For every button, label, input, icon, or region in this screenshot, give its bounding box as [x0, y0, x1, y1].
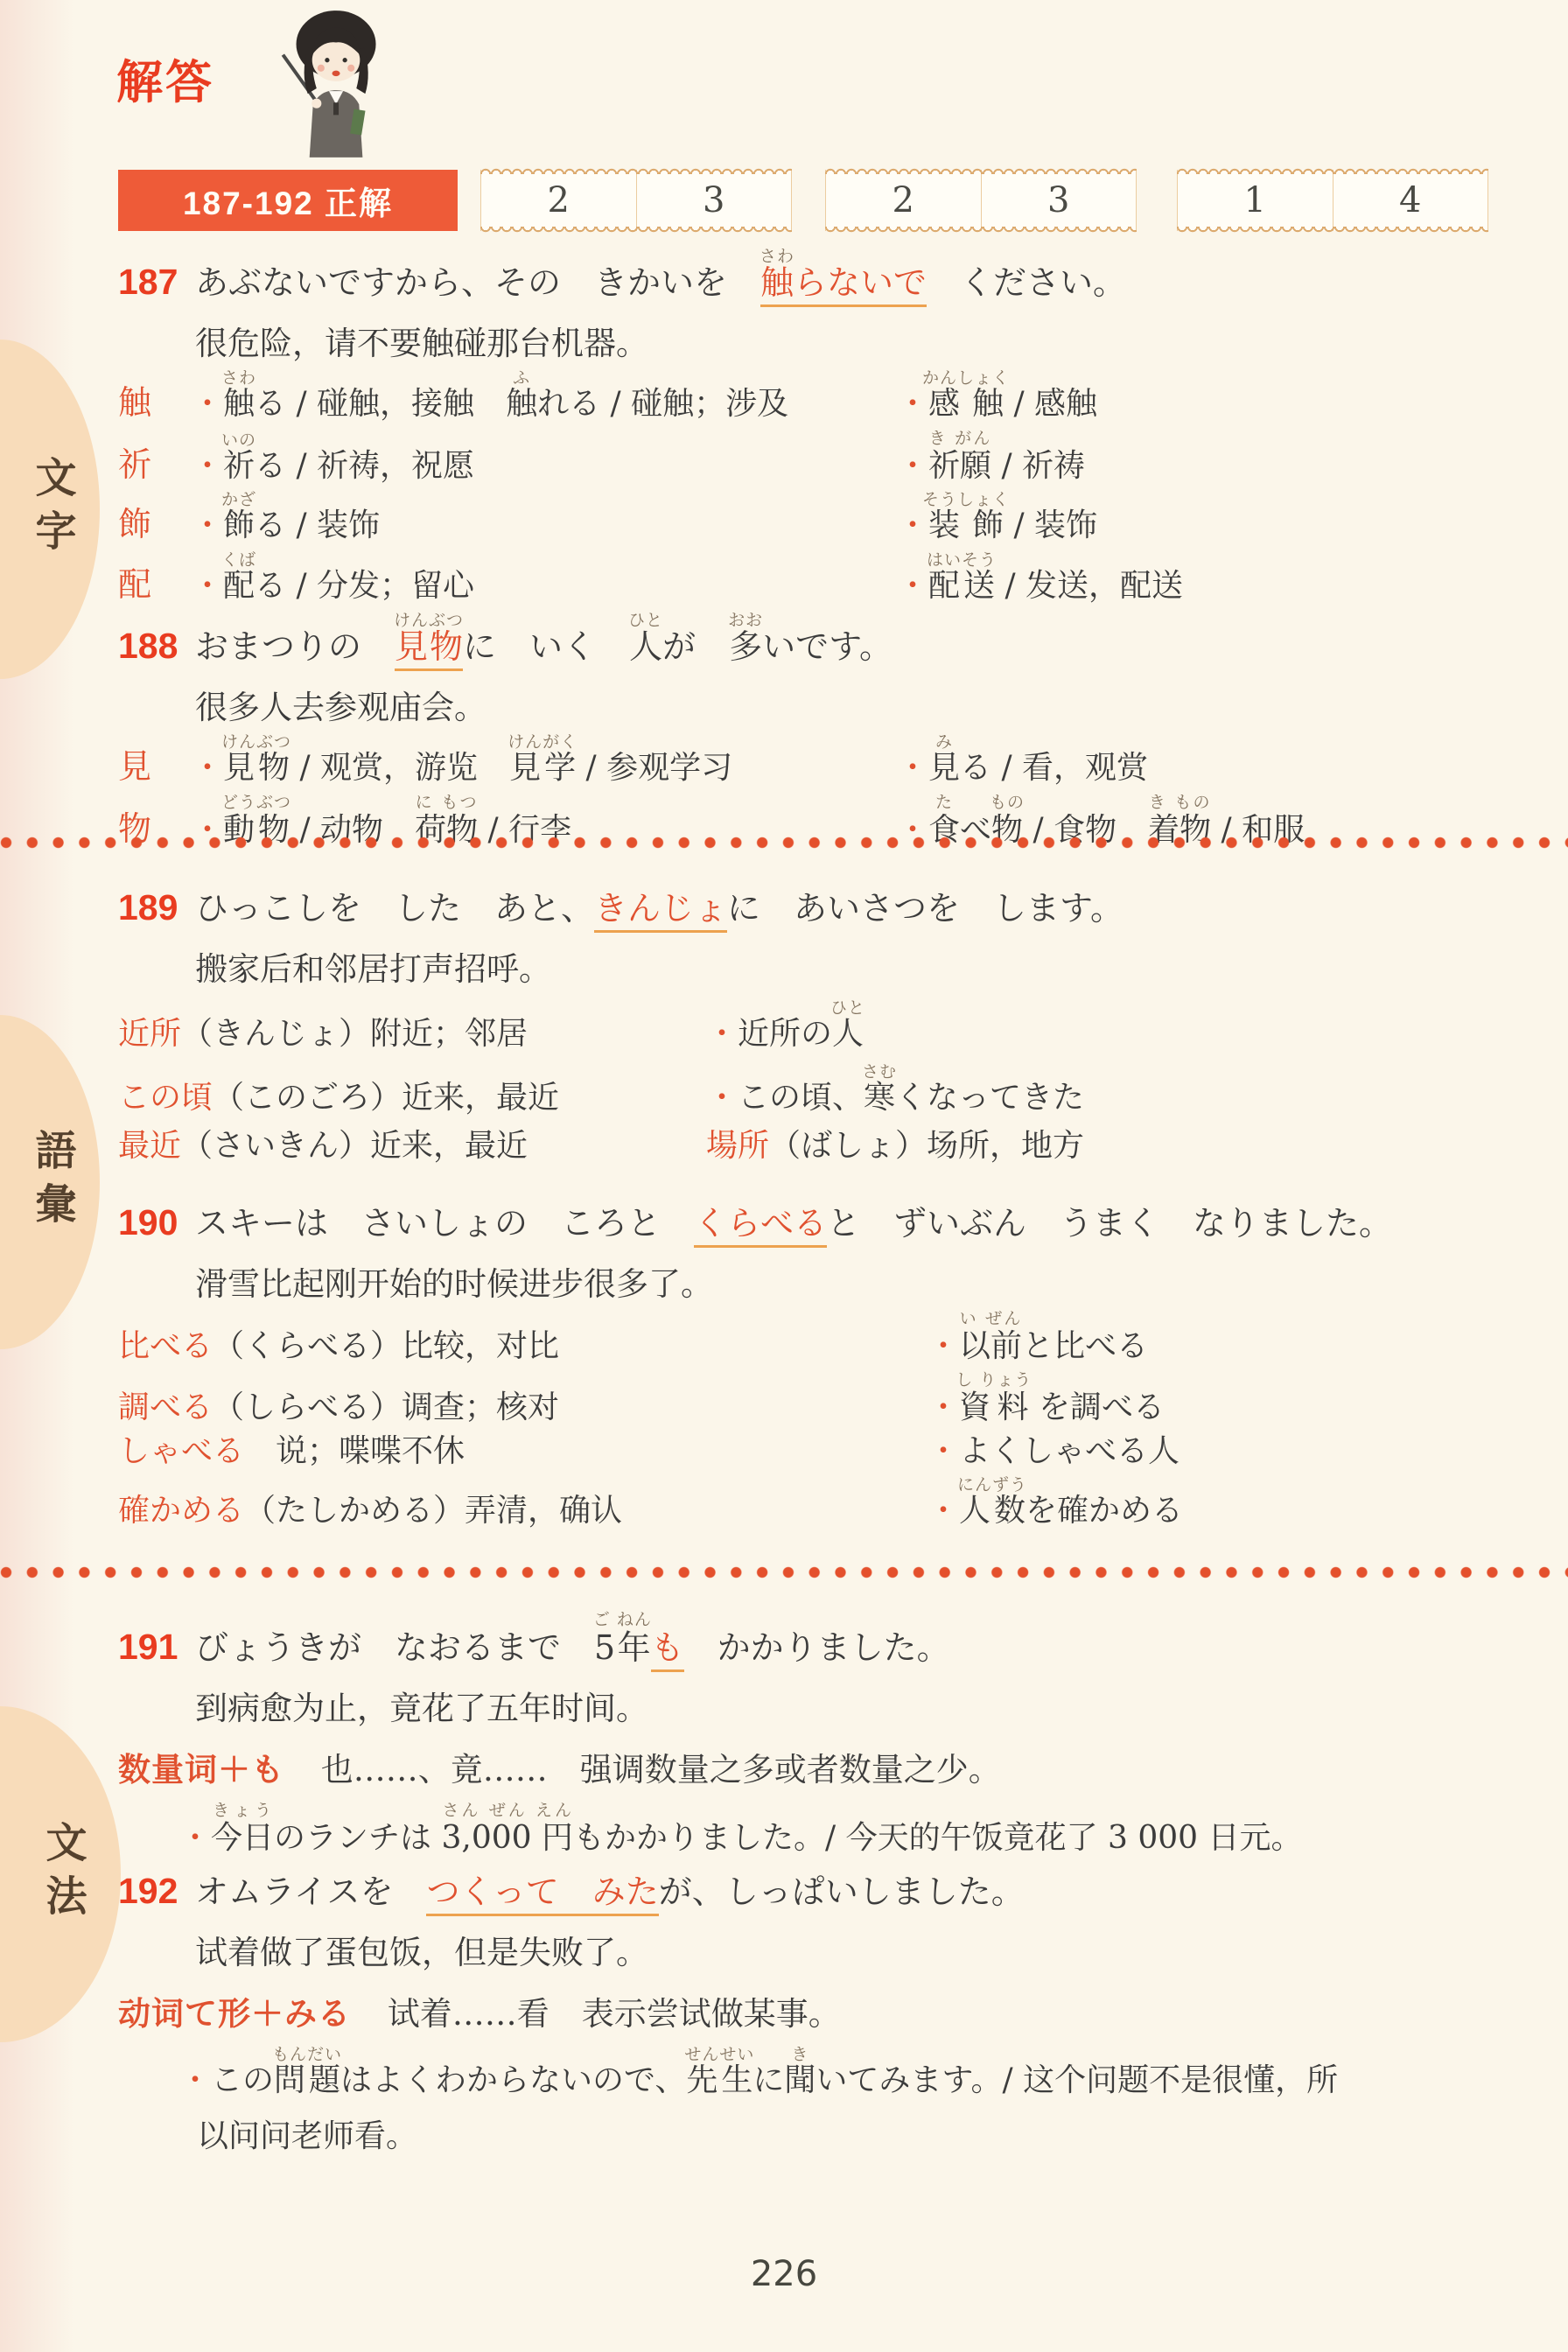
vocab-row: 飾 ・飾かざる / 装饰 ・装飾そうしょく / 装饰	[118, 490, 1546, 546]
teacher-illustration	[255, 5, 411, 164]
chinese-translation: 很多人去参观庙会。	[195, 681, 1546, 728]
vocab-right: ・近所の人ひと	[706, 998, 1546, 1053]
vocab-right: ・以前い ぜんと比べる	[927, 1309, 1546, 1366]
vocab-head-kanji: 見	[118, 746, 192, 788]
chinese-translation: 很危险，请不要触碰那台机器。	[195, 317, 1546, 364]
answer-cell: 2	[826, 170, 981, 231]
question-sentence: おまつりの 見物けんぶつに いく 人ひとが 多おおいです。	[195, 611, 892, 670]
vocab-left: ・見物けんぶつ / 观赏，游览 見学けんがく / 参观学习	[192, 732, 897, 787]
vocab-right: ・資料し りょう を調べる	[927, 1370, 1546, 1427]
chinese-translation: 搬家后和邻居打声招呼。	[195, 942, 1546, 990]
sidebar-tab-moji: 文字	[0, 339, 100, 679]
vocab-row: 調べる（しらべる）调查；核对 ・資料し りょう を調べる	[118, 1370, 1546, 1427]
vocab-row: 最近（さいきん）近来，最近 場所（ばしょ）场所，地方	[118, 1126, 1546, 1165]
vocab-left: この頃（このごろ）近来，最近	[118, 1078, 706, 1117]
example-sentence: ・今日きょうのランチは 3,000 円さん ぜん えんもかかりました。/ 今天的…	[179, 1801, 1546, 1860]
vocab-right: ・人数にんずうを確かめる	[927, 1475, 1546, 1530]
question-187: 187 あぶないですから、その きかいを 触さわらないで ください。 很危险，请…	[118, 247, 1546, 605]
vocab-row: 祈 ・祈いのる / 祈祷，祝愿 ・祈願き がん / 祈祷	[118, 429, 1546, 486]
sidebar-tab-bunpou: 文法	[0, 1706, 121, 2042]
answer-cell: 2	[481, 170, 636, 231]
answer-cell: 4	[1333, 170, 1488, 231]
tab-label: 語彙	[24, 1129, 82, 1235]
vocab-right: ・装飾そうしょく / 装饰	[897, 490, 1546, 545]
grammar-explanation: 试着……看 表示尝试做某事。	[388, 1995, 841, 2033]
tab-label: 文字	[24, 456, 82, 563]
vocab-right: ・感触かんしょく / 感触	[897, 368, 1546, 423]
example-sentence-continued: 以问问老师看。	[197, 2111, 1546, 2156]
vocab-right: ・見みる / 看，观赏	[897, 732, 1546, 787]
answer-group: 2 3	[825, 170, 1137, 231]
grammar-explanation: 也……、竟…… 强调数量之多或者数量之少。	[321, 1751, 1001, 1788]
answer-group: 2 3	[480, 170, 792, 231]
question-number: 188	[118, 626, 195, 667]
vocab-left: ・配くばる / 分发；留心	[192, 550, 897, 605]
answer-cell: 3	[636, 170, 792, 231]
answer-cell: 3	[981, 170, 1137, 231]
vocab-right: ・よくしゃべる人	[927, 1431, 1546, 1471]
vocab-head-kanji: 配	[118, 564, 192, 606]
vocab-row: この頃（このごろ）近来，最近 ・この頃、寒さむくなってきた	[118, 1062, 1546, 1117]
vocab-row: 触 ・触さわる / 碰触，接触 触ふれる / 碰触；涉及 ・感触かんしょく / …	[118, 368, 1546, 424]
textbook-page: 文字 語彙 文法 解答 187-192 正解 2 3 2 3 1	[0, 0, 1568, 2352]
chinese-translation: 到病愈为止，竟花了五年时间。	[195, 1682, 1546, 1729]
chinese-translation: 试着做了蛋包饭，但是失败了。	[195, 1926, 1546, 1973]
question-188: 188 おまつりの 見物けんぶつに いく 人ひとが 多おおいです。 很多人去参观…	[118, 611, 1546, 850]
answer-cell: 1	[1178, 170, 1333, 231]
vocab-row: 確かめる（たしかめる）弄清，确认 ・人数にんずうを確かめる	[118, 1475, 1546, 1530]
vocab-row: 比べる（くらべる）比较，对比 ・以前い ぜんと比べる	[118, 1309, 1546, 1366]
vocab-right: ・この頃、寒さむくなってきた	[706, 1062, 1546, 1117]
question-number: 189	[118, 887, 195, 928]
vocab-left: 近所（きんじょ）附近；邻居	[118, 1014, 706, 1053]
vocab-row: 近所（きんじょ）附近；邻居 ・近所の人ひと	[118, 998, 1546, 1053]
answer-bar: 187-192 正解 2 3 2 3 1 4	[118, 170, 1488, 231]
sidebar-tab-goi: 語彙	[0, 1015, 100, 1349]
answer-range-label: 187-192 正解	[118, 170, 458, 231]
vocab-left: 確かめる（たしかめる）弄清，确认	[118, 1491, 927, 1530]
grammar-pattern: 动词て形＋みる	[118, 1994, 351, 2033]
question-number: 187	[118, 262, 195, 303]
vocab-head-kanji: 触	[118, 382, 192, 424]
vocab-left: ・飾かざる / 装饰	[192, 490, 897, 545]
question-sentence: ひっこしを した あと、きんじょに あいさつを します。	[195, 885, 1123, 932]
vocab-right: ・祈願き がん / 祈祷	[897, 429, 1546, 486]
grammar-line: 数量词＋も 也……、竟…… 强调数量之多或者数量之少。	[118, 1743, 1546, 1790]
question-192: 192 オムライスを つくって みたが、しっぱいしました。 试着做了蛋包饭，但是…	[118, 1869, 1546, 2156]
vocab-head-kanji: 飾	[118, 504, 192, 546]
vocab-left: 調べる（しらべる）调查；核对	[118, 1388, 927, 1427]
vocab-left: しゃべる 说；喋喋不休	[118, 1431, 927, 1471]
dotted-divider	[0, 1566, 1568, 1578]
answer-group: 1 4	[1177, 170, 1488, 231]
vocab-left: ・触さわる / 碰触，接触 触ふれる / 碰触；涉及	[192, 368, 897, 423]
question-189: 189 ひっこしを した あと、きんじょに あいさつを します。 搬家后和邻居打…	[118, 885, 1546, 1165]
question-number: 191	[118, 1627, 195, 1668]
question-sentence: あぶないですから、その きかいを 触さわらないで ください。	[195, 247, 1126, 306]
question-sentence: オムライスを つくって みたが、しっぱいしました。	[195, 1869, 1025, 1915]
vocab-left: 最近（さいきん）近来，最近	[118, 1126, 706, 1165]
page-number: 226	[0, 2254, 1568, 2294]
question-191: 191 びょうきが なおるまで 5年ご ねんも かかりました。 到病愈为止，竟花…	[118, 1610, 1546, 1860]
question-sentence: スキーは さいしょの ころと くらべると ずいぶん うまく なりました。	[195, 1200, 1392, 1247]
vocab-row: しゃべる 说；喋喋不休 ・よくしゃべる人	[118, 1431, 1546, 1471]
question-sentence: びょうきが なおるまで 5年ご ねんも かかりました。	[195, 1610, 950, 1671]
question-number: 192	[118, 1871, 195, 1912]
vocab-row: 配 ・配くばる / 分发；留心 ・配送はいそう / 发送，配送	[118, 550, 1546, 606]
vocab-left: 比べる（くらべる）比较，对比	[118, 1326, 927, 1366]
vocab-right: ・配送はいそう / 发送，配送	[897, 550, 1546, 605]
chinese-translation: 滑雪比起刚开始的时候进步很多了。	[195, 1257, 1546, 1305]
grammar-line: 动词て形＋みる 试着……看 表示尝试做某事。	[118, 1987, 1546, 2034]
vocab-head-kanji: 祈	[118, 444, 192, 486]
dotted-divider	[0, 836, 1568, 849]
grammar-pattern: 数量词＋も	[118, 1750, 284, 1788]
example-sentence: ・この問題もんだいはよくわからないので、先生せんせいに聞きいてみます。/ 这个问…	[179, 2045, 1546, 2103]
question-190: 190 スキーは さいしょの ころと くらべると ずいぶん うまく なりました。…	[118, 1200, 1546, 1530]
question-number: 190	[118, 1202, 195, 1243]
vocab-row: 見 ・見物けんぶつ / 观赏，游览 見学けんがく / 参观学习 ・見みる / 看…	[118, 732, 1546, 788]
vocab-right: 場所（ばしょ）场所，地方	[706, 1126, 1546, 1165]
page-title: 解答	[116, 45, 214, 112]
tab-label: 文法	[34, 1821, 93, 1928]
vocab-left: ・祈いのる / 祈祷，祝愿	[192, 430, 897, 486]
